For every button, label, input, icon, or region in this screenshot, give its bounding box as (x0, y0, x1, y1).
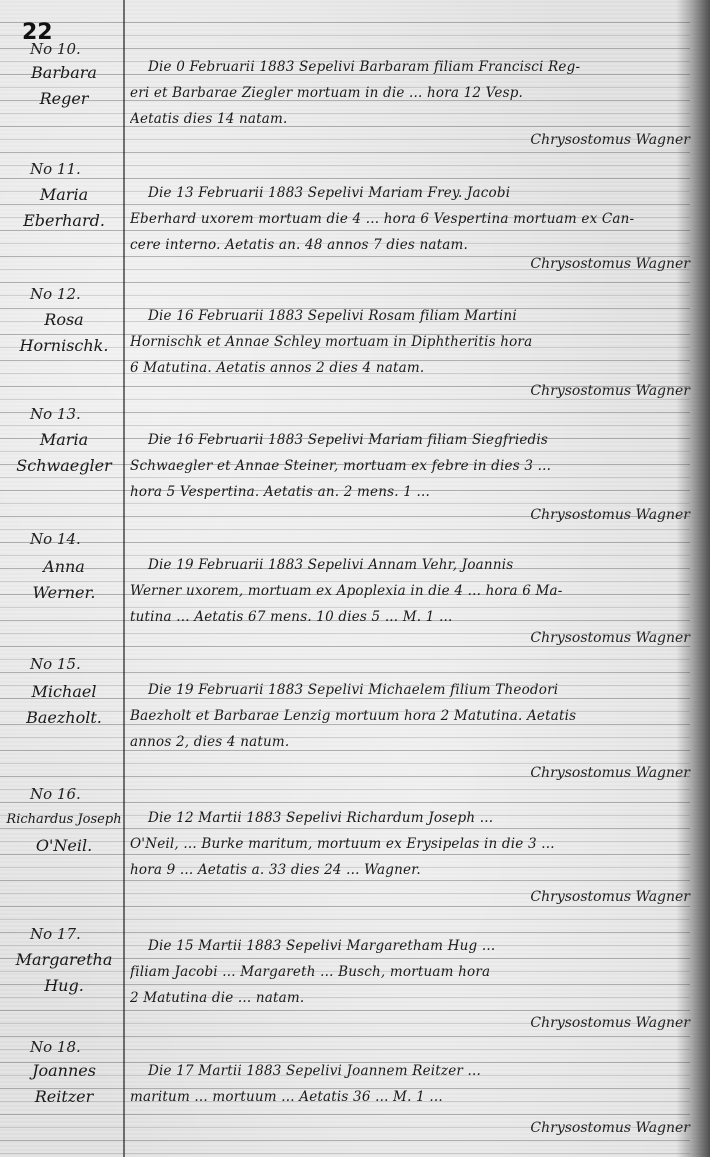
deceased-name: Maria Schwaegler (6, 427, 122, 479)
entry-number: No 14. (30, 530, 81, 548)
entry-number: No 16. (30, 785, 81, 803)
deceased-name: Maria Eberhard. (6, 182, 122, 234)
ruled-line (0, 1114, 690, 1115)
ruled-line (0, 48, 690, 49)
priest-signature: Chrysostomus Wagner (500, 1015, 690, 1031)
ruled-line (0, 542, 690, 543)
priest-signature: Chrysostomus Wagner (500, 889, 690, 905)
entry-text: Die 17 Martii 1883 Sepelivi Joannem Reit… (130, 1058, 685, 1110)
deceased-name: Margaretha Hug. (6, 947, 122, 999)
entry-number: No 12. (30, 285, 81, 303)
deceased-name: Anna Werner. (6, 554, 122, 606)
ruled-line (0, 1049, 690, 1050)
entry-text: Die 15 Martii 1883 Sepelivi Margaretham … (130, 933, 685, 1011)
entry-text: Die 0 Februarii 1883 Sepelivi Barbaram f… (130, 54, 685, 132)
ruled-line (0, 1036, 690, 1037)
entry-number: No 13. (30, 405, 81, 423)
entry-number: No 18. (30, 1038, 81, 1056)
ruled-line (0, 35, 690, 36)
ruled-line (0, 22, 690, 23)
deceased-name: Rosa Hornischk. (6, 307, 122, 359)
deceased-name: Joannes Reitzer (6, 1058, 122, 1110)
entry-number: No 10. (30, 40, 81, 58)
register-page: 22 No 10. Barbara Reger Die 0 Februarii … (0, 0, 710, 1157)
ruled-line (0, 906, 690, 907)
priest-signature: Chrysostomus Wagner (500, 507, 690, 523)
ruled-line (0, 1153, 690, 1154)
priest-signature: Chrysostomus Wagner (500, 630, 690, 646)
ruled-line (0, 659, 690, 660)
ruled-line (0, 412, 690, 413)
priest-signature: Chrysostomus Wagner (500, 765, 690, 781)
margin-rule (123, 0, 125, 1157)
ruled-line (0, 282, 690, 283)
ruled-line (0, 646, 690, 647)
ruled-line (0, 789, 690, 790)
entry-number: No 15. (30, 655, 81, 673)
ruled-line (0, 802, 690, 803)
entry-text: Die 19 Februarii 1883 Sepelivi Annam Veh… (130, 552, 685, 630)
ruled-line (0, 152, 690, 153)
entry-text: Die 13 Februarii 1883 Sepelivi Mariam Fr… (130, 180, 685, 258)
ruled-line (0, 425, 690, 426)
ruled-line (0, 165, 690, 166)
ruled-line (0, 295, 690, 296)
ruled-line (0, 763, 690, 764)
entry-text: Die 12 Martii 1883 Sepelivi Richardum Jo… (130, 805, 685, 883)
entry-number: No 17. (30, 925, 81, 943)
ruled-line (0, 178, 690, 179)
ruled-line (0, 672, 690, 673)
priest-signature: Chrysostomus Wagner (500, 383, 690, 399)
ruled-line (0, 919, 690, 920)
ruled-line (0, 529, 690, 530)
deceased-name: Barbara Reger (6, 60, 122, 112)
ruled-line (0, 399, 690, 400)
entry-text: Die 16 Februarii 1883 Sepelivi Mariam fi… (130, 427, 685, 505)
priest-signature: Chrysostomus Wagner (500, 1120, 690, 1136)
ruled-line (0, 1140, 690, 1141)
entry-text: Die 19 Februarii 1883 Sepelivi Michaelem… (130, 677, 685, 755)
deceased-name: Richardus Joseph O'Neil. (6, 807, 122, 859)
entry-number: No 11. (30, 160, 81, 178)
priest-signature: Chrysostomus Wagner (500, 256, 690, 272)
entry-text: Die 16 Februarii 1883 Sepelivi Rosam fil… (130, 303, 685, 381)
deceased-name: Michael Baezholt. (6, 679, 122, 731)
priest-signature: Chrysostomus Wagner (500, 132, 690, 148)
